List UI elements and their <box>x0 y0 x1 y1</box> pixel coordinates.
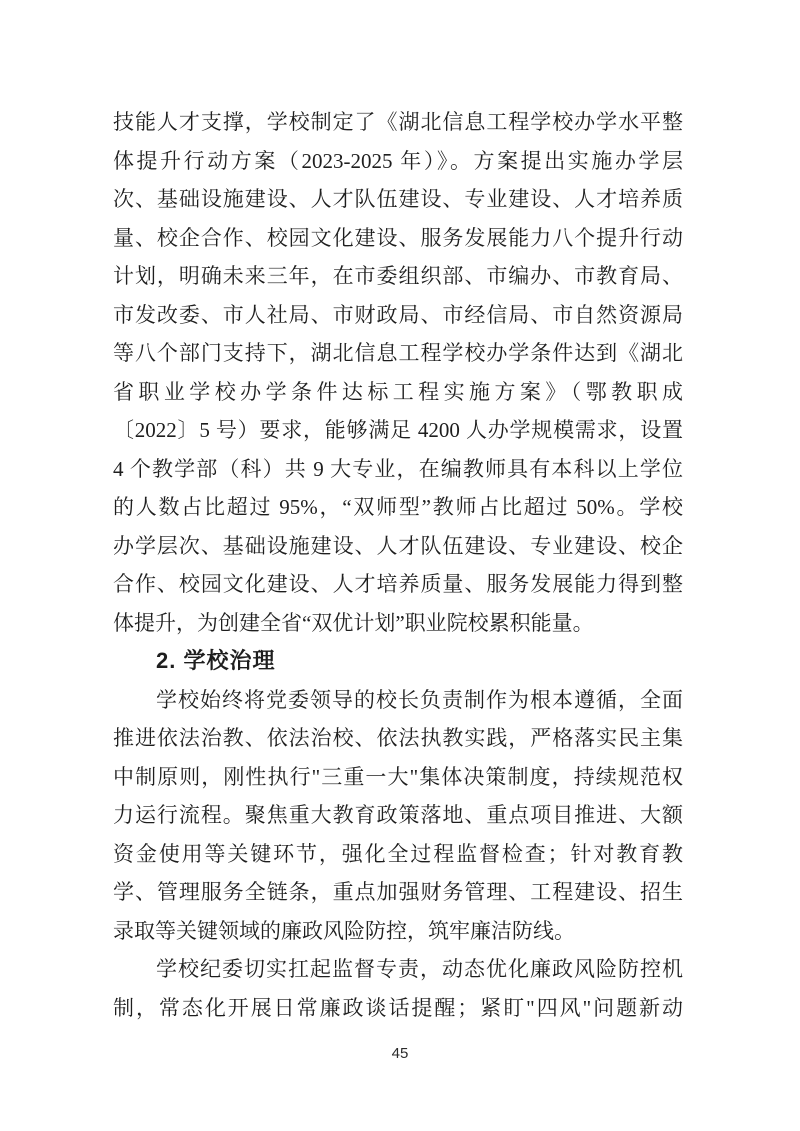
text-line: 录取等关键领域的廉政风险防控，筑牢廉洁防线。 <box>113 912 683 951</box>
text-line: 量、校企合作、校园文化建设、服务发展能力八个提升行动 <box>113 219 683 258</box>
document-page: 技能人才支撑，学校制定了《湖北信息工程学校办学水平整体提升行动方案（2023-2… <box>0 0 800 1131</box>
text-line: 学校纪委切实扛起监督专责，动态优化廉政风险防控机 <box>113 950 683 989</box>
page-number: 45 <box>0 1045 800 1062</box>
text-line: 推进依法治教、依法治校、依法执教实践，严格落实民主集 <box>113 719 683 758</box>
text-line: 办学层次、基础设施建设、人才队伍建设、专业建设、校企 <box>113 527 683 566</box>
text-line: 技能人才支撑，学校制定了《湖北信息工程学校办学水平整 <box>113 103 683 142</box>
text-line: 学校始终将党委领导的校长负责制作为根本遵循，全面 <box>113 681 683 720</box>
text-line: 省职业学校办学条件达标工程实施方案》（鄂教职成 <box>113 373 683 412</box>
text-line: 4 个教学部（科）共 9 大专业，在编教师具有本科以上学位 <box>113 450 683 489</box>
text-line: 制，常态化开展日常廉政谈话提醒；紧盯"四风"问题新动 <box>113 989 683 1028</box>
text-line: 合作、校园文化建设、人才培养质量、服务发展能力得到整 <box>113 565 683 604</box>
text-line: 资金使用等关键环节，强化全过程监督检查；针对教育教 <box>113 835 683 874</box>
text-line: 体提升行动方案（2023-2025 年）》。方案提出实施办学层 <box>113 142 683 181</box>
text-line: 学、管理服务全链条，重点加强财务管理、工程建设、招生 <box>113 873 683 912</box>
text-line: 中制原则，刚性执行"三重一大"集体决策制度，持续规范权 <box>113 758 683 797</box>
text-line: 计划，明确未来三年，在市委组织部、市编办、市教育局、 <box>113 257 683 296</box>
text-line: 等八个部门支持下，湖北信息工程学校办学条件达到《湖北 <box>113 334 683 373</box>
section-heading: 2. 学校治理 <box>113 642 683 681</box>
text-line: 〔2022〕5 号）要求，能够满足 4200 人办学规模需求，设置 <box>113 411 683 450</box>
document-text: 技能人才支撑，学校制定了《湖北信息工程学校办学水平整体提升行动方案（2023-2… <box>113 103 683 1027</box>
text-line: 力运行流程。聚焦重大教育政策落地、重点项目推进、大额 <box>113 796 683 835</box>
text-line: 市发改委、市人社局、市财政局、市经信局、市自然资源局 <box>113 296 683 335</box>
text-line: 的人数占比超过 95%，“双师型”教师占比超过 50%。学校 <box>113 488 683 527</box>
text-line: 次、基础设施建设、人才队伍建设、专业建设、人才培养质 <box>113 180 683 219</box>
text-line: 体提升，为创建全省“双优计划”职业院校累积能量。 <box>113 604 683 643</box>
